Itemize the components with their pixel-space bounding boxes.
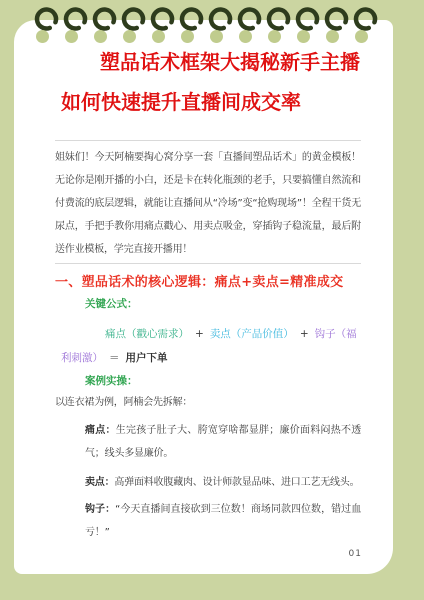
binder-ring-icon: [353, 6, 378, 43]
binder-hole-icon: [210, 30, 223, 43]
binder-ring-icon: [63, 6, 88, 43]
binder-hole-icon: [181, 30, 194, 43]
binder-ring-icon: [208, 6, 233, 43]
formula-hook-part1: 钩子（福: [315, 328, 357, 340]
page-title: 塑品话术框架大揭秘新手主播 如何快速提升直播间成交率: [55, 48, 361, 116]
case-item-pain: 痛点：生完孩子肚子大、胯宽穿啥都显胖；廉价面料闷热不透气；线头多显廉价。: [85, 419, 361, 465]
case-item-hook: 钩子：“今天直播间直接砍到三位数！商场同款四位数，错过血亏！”: [85, 498, 361, 544]
formula-line-1: 痛点（戳心需求）+卖点（产品价值）+钩子（福: [105, 322, 361, 346]
section-heading: 一、塑品话术的核心逻辑：痛点+卖点=精准成交: [55, 274, 361, 292]
binder-hole-icon: [65, 30, 78, 43]
page-number: 01: [349, 549, 362, 559]
binder-hole-icon: [36, 30, 49, 43]
formula-plus-sign: +: [300, 328, 309, 340]
binder-hole-icon: [297, 30, 310, 43]
binder-ring-icon: [150, 6, 175, 43]
binder-ring-icon: [121, 6, 146, 43]
formula-equals-sign: ＝: [109, 352, 120, 364]
case-item-text: “今天直播间直接砍到三位数！商场同款四位数，错过血亏！”: [85, 504, 361, 538]
divider-top: [55, 140, 361, 141]
divider-bottom: [55, 263, 361, 264]
case-item-text: 生完孩子肚子大、胯宽穿啥都显胖；廉价面料闷热不透气；线头多显廉价。: [85, 425, 361, 459]
binder-hole-icon: [123, 30, 136, 43]
binder-hole-icon: [326, 30, 339, 43]
note-page: 塑品话术框架大揭秘新手主播 如何快速提升直播间成交率 姐妹们！今天阿楠要掏心窝分…: [0, 0, 424, 600]
binder-ring-icon: [324, 6, 349, 43]
binder-rings: [34, 6, 378, 43]
binder-hole-icon: [355, 30, 368, 43]
title-line-1: 塑品话术框架大揭秘新手主播: [100, 48, 361, 76]
binder-ring-icon: [179, 6, 204, 43]
binder-hole-icon: [94, 30, 107, 43]
binder-hole-icon: [268, 30, 281, 43]
binder-hole-icon: [239, 30, 252, 43]
case-item-label: 钩子：: [85, 504, 115, 515]
formula-line-2: 利刺激）＝用户下单: [61, 346, 361, 370]
formula-result: 用户下单: [126, 352, 168, 364]
case-item-text: 高弹面料收腹藏肉、设计师款显品味、进口工艺无线头。: [114, 477, 359, 488]
binder-ring-icon: [34, 6, 59, 43]
binder-hole-icon: [152, 30, 165, 43]
binder-ring-icon: [266, 6, 291, 43]
binder-ring-icon: [92, 6, 117, 43]
intro-paragraph: 姐妹们！今天阿楠要掏心窝分享一套「直播间塑品话术」的黄金模板！无论你是刚开播的小…: [55, 146, 361, 261]
case-label: 案例实操：: [85, 374, 361, 389]
case-item-label: 痛点：: [85, 425, 116, 436]
binder-ring-icon: [295, 6, 320, 43]
formula-plus-sign: +: [195, 328, 204, 340]
binder-ring-icon: [237, 6, 262, 43]
key-formula: 痛点（戳心需求）+卖点（产品价值）+钩子（福 利刺激）＝用户下单: [55, 322, 361, 370]
title-line-2: 如何快速提升直播间成交率: [61, 88, 361, 116]
page-content: 塑品话术框架大揭秘新手主播 如何快速提升直播间成交率 姐妹们！今天阿楠要掏心窝分…: [55, 20, 361, 544]
formula-label: 关键公式：: [85, 297, 361, 312]
formula-pain-point: 痛点（戳心需求）: [105, 328, 189, 340]
formula-selling-point: 卖点（产品价值）: [210, 328, 294, 340]
case-item-sell: 卖点：高弹面料收腹藏肉、设计师款显品味、进口工艺无线头。: [85, 471, 361, 494]
case-item-label: 卖点：: [85, 477, 114, 488]
formula-hook-part2: 利刺激）: [61, 352, 103, 364]
case-intro: 以连衣裙为例，阿楠会先拆解：: [55, 395, 361, 411]
